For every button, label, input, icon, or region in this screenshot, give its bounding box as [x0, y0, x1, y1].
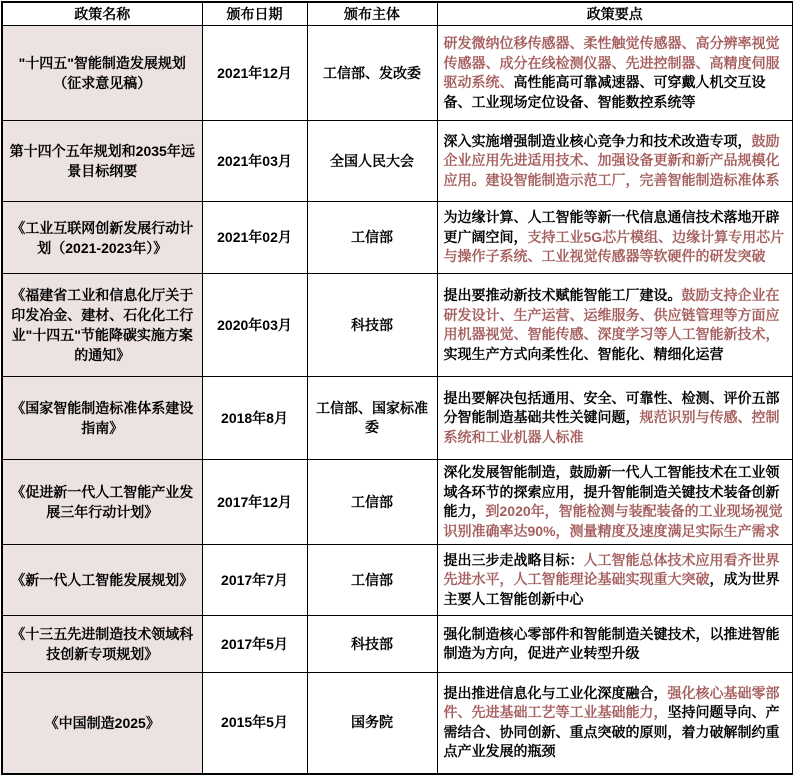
policy-date-cell: 2017年5月 — [202, 616, 307, 673]
policy-name-cell: 《工业互联网创新发展行动计划（2021-2023年）》 — [2, 202, 202, 274]
policy-table: 政策名称颁布日期颁布主体政策要点 "十四五"智能制造发展规划（征求意见稿）202… — [1, 1, 793, 775]
policy-date-cell: 2021年02月 — [202, 202, 307, 274]
policy-points-cell: 深入实施增强制造业核心竞争力和技术改造专项，鼓励企业应用先进适用技术、加强设备更… — [437, 121, 793, 202]
policy-points-cell: 提出推进信息化与工业化深度融合，强化核心基础零部件、先进基础工艺等工业基础能力，… — [437, 673, 793, 774]
policy-points-cell: 强化制造核心零部件和智能制造关键技术，以推进智能制造为方向，促进产业转型升级 — [437, 616, 793, 673]
points-text-segment: 提出推进信息化与工业化深度融合， — [444, 685, 668, 701]
points-text-segment: 提出三步走战略目标： — [444, 552, 584, 568]
policy-issuer-cell: 工信部、发改委 — [307, 26, 437, 121]
table-row: "十四五"智能制造发展规划（征求意见稿）2021年12月工信部、发改委研发微纳位… — [2, 26, 793, 121]
policy-date-cell: 2021年12月 — [202, 26, 307, 121]
table-row: 《福建省工业和信息化厅关于印发冶金、建材、石化化工行业"十四五"节能降碳实施方案… — [2, 274, 793, 377]
policy-name-cell: 《促进新一代人工智能产业发展三年行动计划》 — [2, 460, 202, 545]
policy-date-cell: 2015年5月 — [202, 673, 307, 774]
table-body: "十四五"智能制造发展规划（征求意见稿）2021年12月工信部、发改委研发微纳位… — [2, 26, 793, 774]
policy-date-cell: 2020年03月 — [202, 274, 307, 377]
policy-issuer-cell: 工信部、国家标准委 — [307, 377, 437, 460]
policy-issuer-cell: 科技部 — [307, 616, 437, 673]
policy-date-cell: 2018年8月 — [202, 377, 307, 460]
policy-issuer-cell: 工信部 — [307, 202, 437, 274]
policy-issuer-cell: 全国人民大会 — [307, 121, 437, 202]
policy-issuer-cell: 国务院 — [307, 673, 437, 774]
table-row: 《十三五先进制造技术领域科技创新专项规划》2017年5月科技部强化制造核心零部件… — [2, 616, 793, 673]
policy-name-cell: 《中国制造2025》 — [2, 673, 202, 774]
policy-points-cell: 提出要解决包括通用、安全、可靠性、检测、评价五部分智能制造基础共性关键问题，规范… — [437, 377, 793, 460]
column-header-2: 颁布主体 — [307, 2, 437, 26]
policy-points-cell: 研发微纳位移传感器、柔性触觉传感器、高分辨率视觉传感器、成分在线检测仪器、先进控… — [437, 26, 793, 121]
table-row: 《工业互联网创新发展行动计划（2021-2023年）》2021年02月工信部为边… — [2, 202, 793, 274]
points-highlight-segment: 到2020年，智能检测与装配装备的工业现场视觉识别准确率达90%，测量精度及速度… — [444, 503, 783, 539]
report-page: 政策名称颁布日期颁布主体政策要点 "十四五"智能制造发展规划（征求意见稿）202… — [0, 0, 793, 772]
policy-issuer-cell: 科技部 — [307, 274, 437, 377]
points-text-segment: 提出要推动新技术赋能智能工厂建设。 — [444, 287, 682, 303]
points-text-segment: 强化制造核心零部件和智能制造关键技术，以推进智能制造为方向，促进产业转型升级 — [444, 626, 780, 662]
column-header-0: 政策名称 — [2, 2, 202, 26]
policy-points-cell: 为边缘计算、人工智能等新一代信息通信技术落地开辟更广阔空间，支持工业5G芯片模组… — [437, 202, 793, 274]
policy-issuer-cell: 工信部 — [307, 460, 437, 545]
policy-date-cell: 2017年12月 — [202, 460, 307, 545]
header-row: 政策名称颁布日期颁布主体政策要点 — [2, 2, 793, 26]
table-row: 《国家智能制造标准体系建设指南》2018年8月工信部、国家标准委提出要解决包括通… — [2, 377, 793, 460]
policy-name-cell: "十四五"智能制造发展规划（征求意见稿） — [2, 26, 202, 121]
points-text-segment: 实现生产方式向柔性化、智能化、精细化运营 — [444, 346, 724, 362]
policy-name-cell: 《十三五先进制造技术领域科技创新专项规划》 — [2, 616, 202, 673]
policy-name-cell: 《国家智能制造标准体系建设指南》 — [2, 377, 202, 460]
column-header-3: 政策要点 — [437, 2, 793, 26]
policy-points-cell: 提出要推动新技术赋能智能工厂建设。鼓励支持企业在研发设计、生产运营、运维服务、供… — [437, 274, 793, 377]
policy-date-cell: 2021年03月 — [202, 121, 307, 202]
policy-name-cell: 第十四个五年规划和2035年远景目标纲要 — [2, 121, 202, 202]
table-row: 《新一代人工智能发展规划》2017年7月工信部提出三步走战略目标：人工智能总体技… — [2, 545, 793, 616]
policy-points-cell: 提出三步走战略目标：人工智能总体技术应用看齐世界先进水平，人工智能理论基础实现重… — [437, 545, 793, 616]
table-row: 《中国制造2025》2015年5月国务院提出推进信息化与工业化深度融合，强化核心… — [2, 673, 793, 774]
points-text-segment: 深入实施增强制造业核心竞争力和技术改造专项， — [444, 133, 752, 149]
column-header-1: 颁布日期 — [202, 2, 307, 26]
policy-date-cell: 2017年7月 — [202, 545, 307, 616]
policy-name-cell: 《福建省工业和信息化厅关于印发冶金、建材、石化化工行业"十四五"节能降碳实施方案… — [2, 274, 202, 377]
table-row: 《促进新一代人工智能产业发展三年行动计划》2017年12月工信部深化发展智能制造… — [2, 460, 793, 545]
policy-points-cell: 深化发展智能制造，鼓励新一代人工智能技术在工业领域各环节的探索应用，提升智能制造… — [437, 460, 793, 545]
policy-issuer-cell: 工信部 — [307, 545, 437, 616]
policy-name-cell: 《新一代人工智能发展规划》 — [2, 545, 202, 616]
table-row: 第十四个五年规划和2035年远景目标纲要2021年03月全国人民大会深入实施增强… — [2, 121, 793, 202]
